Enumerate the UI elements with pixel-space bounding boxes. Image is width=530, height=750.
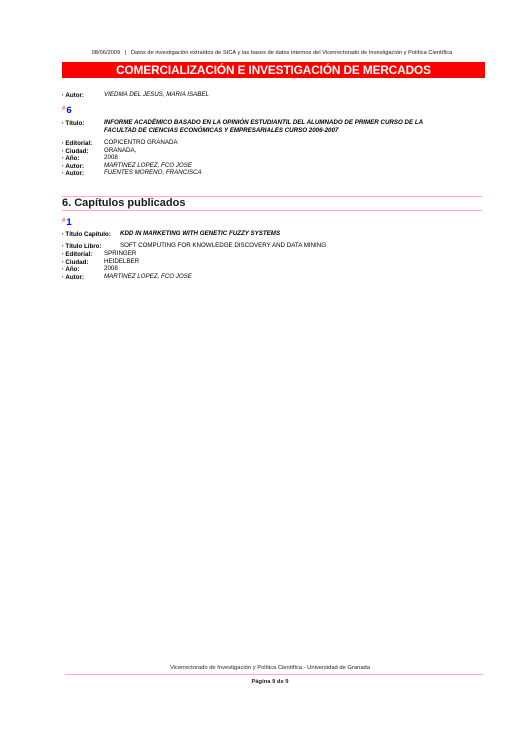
field-label: Título Capítulo: (62, 230, 120, 239)
item-number-value: 1 (66, 217, 71, 228)
autor-field: Autor: MARTINEZ LOPEZ, FCO JOSE (62, 273, 192, 282)
titulo-capitulo-field: Título Capítulo: KDD IN MARKETING WITH G… (62, 230, 280, 239)
field-value: KDD IN MARKETING WITH GENETIC FUZZY SYST… (120, 230, 280, 239)
item-number: #6 (62, 104, 72, 116)
footer-institution: Vicerrectorado de Investigación y Políti… (0, 665, 530, 671)
hash-icon: # (62, 218, 65, 224)
field-value: MARTINEZ LOPEZ, FCO JOSE (104, 273, 192, 282)
prev-author-field: Autor: VIEDMA DEL JESUS, MARIA ISABEL (62, 91, 209, 100)
footer-rule (65, 674, 483, 675)
header-separator: | (125, 50, 127, 56)
field-value: SOFT COMPUTING FOR KNOWLEDGE DISCOVERY A… (120, 242, 326, 251)
field-value: INFORME ACADÉMICO BASADO EN LA OPINIÓN E… (104, 119, 423, 134)
page-header: 08/06/2009 | Datos de investigación extr… (0, 50, 530, 56)
page-number: Página 9 de 9 (0, 679, 530, 685)
header-date: 08/06/2009 (92, 50, 121, 56)
field-label: Autor: (62, 273, 104, 282)
field-value: VIEDMA DEL JESUS, MARIA ISABEL (104, 91, 209, 100)
item-number: #1 (62, 216, 72, 228)
document-title: COMERCIALIZACIÓN E INVESTIGACIÓN DE MERC… (62, 62, 485, 78)
header-description: Datos de investigación extraídos de SICA… (131, 50, 452, 56)
field-label: Título: (62, 119, 104, 134)
field-label: Autor: (62, 169, 104, 178)
field-label: Autor: (62, 91, 104, 100)
hash-icon: # (62, 106, 65, 112)
section-heading: 6. Capítulos publicados (62, 197, 185, 210)
section-rule-bottom (62, 210, 482, 211)
titulo-line-2: FACULTAD DE CIENCIAS ECONÓMICAS Y EMPRES… (104, 127, 338, 134)
item-number-value: 6 (66, 105, 71, 116)
field-value: FUENTES MORENO, FRANCISCA (104, 169, 202, 178)
titulo-line-1: INFORME ACADÉMICO BASADO EN LA OPINIÓN E… (104, 119, 423, 126)
autor-field: Autor: FUENTES MORENO, FRANCISCA (62, 169, 202, 178)
titulo-field: Título: INFORME ACADÉMICO BASADO EN LA O… (62, 119, 423, 134)
